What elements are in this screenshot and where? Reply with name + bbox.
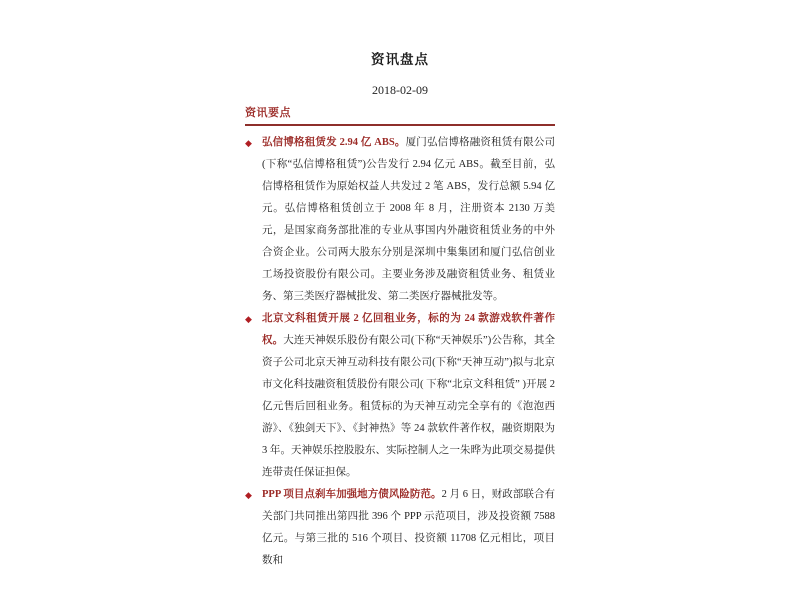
- news-item-body: 厦门弘信博格融资租赁有限公司(下称“弘信博格租赁”)公告发行 2.94 亿元 A…: [262, 137, 555, 302]
- news-item-body: 2 月 6 日，财政部联合有关部门共同推出第四批 396 个 PPP 示范项目，…: [262, 489, 555, 566]
- diamond-bullet-icon: ◆: [245, 308, 252, 330]
- document-date: 2018-02-09: [245, 82, 555, 98]
- news-item: ◆北京文科租赁开展 2 亿回租业务，标的为 24 款游戏软件著作权。大连天神娱乐…: [245, 308, 555, 484]
- diamond-bullet-icon: ◆: [245, 132, 252, 154]
- section-heading-label: 资讯要点: [245, 107, 291, 119]
- news-list: ◆弘信博格租赁发 2.94 亿 ABS。厦门弘信博格融资租赁有限公司(下称“弘信…: [245, 132, 555, 572]
- section-heading: 资讯要点: [245, 106, 555, 126]
- news-item-body: 大连天神娱乐股份有限公司(下称“天神娱乐”)公告称，其全资子公司北京天神互动科技…: [262, 335, 555, 478]
- news-item-headline: 弘信博格租赁发 2.94 亿 ABS。: [262, 137, 406, 148]
- document-page: 资讯盘点 2018-02-09 资讯要点 ◆弘信博格租赁发 2.94 亿 ABS…: [245, 0, 555, 572]
- news-item: ◆弘信博格租赁发 2.94 亿 ABS。厦门弘信博格融资租赁有限公司(下称“弘信…: [245, 132, 555, 308]
- diamond-bullet-icon: ◆: [245, 484, 252, 506]
- news-item: ◆PPP 项目点刹车加强地方债风险防范。2 月 6 日，财政部联合有关部门共同推…: [245, 484, 555, 572]
- news-item-headline: PPP 项目点刹车加强地方债风险防范。: [262, 489, 442, 500]
- document-title: 资讯盘点: [245, 50, 555, 70]
